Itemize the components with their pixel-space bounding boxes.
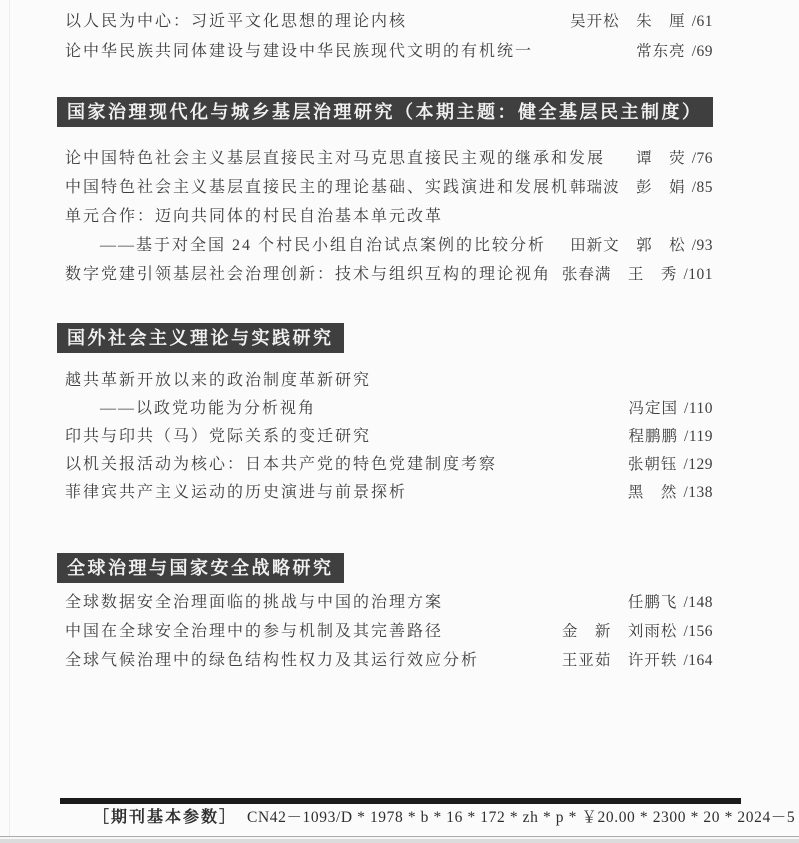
article-authors: 金 新 刘雨松 (562, 617, 678, 646)
article-authors: 任鹏飞 (628, 588, 678, 617)
article-page-number: /61 (692, 7, 713, 37)
toc-entry: 印共与印共（马）党际关系的变迁研究 程鹏鹏 /119 (65, 423, 713, 451)
toc-entry: 全球气候治理中的绿色结构性权力及其运行效应分析 王亚茹 许开轶 /164 (65, 646, 713, 675)
page-edge-line (9, 0, 10, 843)
toc-entry: 越共革新开放以来的政治制度革新研究 (65, 367, 713, 395)
article-page-number: /101 (683, 260, 713, 289)
article-page-number: /69 (692, 37, 713, 67)
article-page-number: /119 (684, 423, 713, 451)
article-title: 论中国特色社会主义基层直接民主对马克思直接民主观的继承和发展 (65, 144, 605, 173)
article-page-number: /129 (683, 451, 713, 479)
article-title: 论中华民族共同体建设与建设中华民族现代文明的有机统一 (65, 37, 533, 67)
article-meta: 张朝钰 /129 (628, 451, 713, 479)
article-meta: 任鹏飞 /148 (628, 588, 713, 617)
article-meta: 常东亮 /69 (636, 37, 713, 67)
article-subtitle: ——以政党功能为分析视角 (65, 395, 316, 423)
article-page-number: /156 (683, 617, 713, 646)
article-page-number: /85 (692, 173, 713, 202)
article-page-number: /110 (684, 395, 713, 423)
article-meta: 谭 荧 /76 (636, 144, 713, 173)
article-subtitle: ——基于对全国 24 个村民小组自治试点案例的比较分析 (65, 231, 546, 260)
article-title: 中国特色社会主义基层直接民主的理论基础、实践演进和发展机理 (65, 173, 570, 202)
article-authors: 田新文 郭 松 (570, 231, 686, 260)
toc-entry: 单元合作：迈向共同体的村民自治基本单元改革 (65, 202, 713, 231)
toc-entry: 菲律宾共产主义运动的历史演进与前景探析 黑 然 /138 (65, 479, 713, 507)
journal-parameters-line: ［期刊基本参数］ CN42－1093/D * 1978 * b * 16 * 1… (93, 807, 741, 829)
article-meta: 黑 然 /138 (628, 479, 713, 507)
article-title: 中国在全球安全治理中的参与机制及其完善路径 (65, 617, 443, 646)
article-authors: 黑 然 (628, 479, 678, 507)
journal-parameters-value: CN42－1093/D * 1978 * b * 16 * 172 * zh *… (247, 807, 795, 829)
section-articles-block: 全球数据安全治理面临的挑战与中国的治理方案 任鹏飞 /148 中国在全球安全治理… (65, 588, 713, 675)
article-title: 全球数据安全治理面临的挑战与中国的治理方案 (65, 588, 443, 617)
section-articles-block: 论中国特色社会主义基层直接民主对马克思直接民主观的继承和发展 谭 荧 /76 中… (65, 144, 713, 289)
top-articles-block: 以人民为中心：习近平文化思想的理论内核 吴开松 朱 厘 /61 论中华民族共同体… (65, 7, 713, 67)
article-authors: 韩瑞波 彭 娟 (570, 173, 686, 202)
toc-entry-subtitle: ——基于对全国 24 个村民小组自治试点案例的比较分析 田新文 郭 松 /93 (65, 231, 713, 260)
article-title: 越共革新开放以来的政治制度革新研究 (65, 367, 371, 395)
article-page-number: /93 (692, 231, 713, 260)
article-title: 以人民为中心：习近平文化思想的理论内核 (65, 7, 407, 37)
article-authors: 冯定国 (629, 395, 679, 423)
article-title: 印共与印共（马）党际关系的变迁研究 (65, 423, 371, 451)
article-title: 数字党建引领基层社会治理创新：技术与组织互构的理论视角 (65, 260, 551, 289)
article-authors: 吴开松 朱 厘 (570, 7, 686, 37)
section-header-governance: 国家治理现代化与城乡基层治理研究（本期主题：健全基层民主制度） (57, 97, 713, 127)
toc-entry: 以机关报活动为核心：日本共产党的特色党建制度考察 张朝钰 /129 (65, 451, 713, 479)
article-meta: 张春满 王 秀 /101 (562, 260, 713, 289)
article-authors: 张朝钰 (628, 451, 678, 479)
article-authors: 程鹏鹏 (629, 423, 679, 451)
article-title: 全球气候治理中的绿色结构性权力及其运行效应分析 (65, 646, 479, 675)
article-meta: 王亚茹 许开轶 /164 (562, 646, 713, 675)
article-authors: 张春满 王 秀 (562, 260, 678, 289)
footer-divider-bar (60, 798, 741, 804)
page-bottom-edge-band (0, 839, 799, 843)
toc-entry: 中国特色社会主义基层直接民主的理论基础、实践演进和发展机理 韩瑞波 彭 娟 /8… (65, 173, 713, 202)
toc-entry: 以人民为中心：习近平文化思想的理论内核 吴开松 朱 厘 /61 (65, 7, 713, 37)
toc-entry-subtitle: ——以政党功能为分析视角 冯定国 /110 (65, 395, 713, 423)
article-meta: 吴开松 朱 厘 /61 (570, 7, 713, 37)
toc-entry: 论中国特色社会主义基层直接民主对马克思直接民主观的继承和发展 谭 荧 /76 (65, 144, 713, 173)
article-meta: 金 新 刘雨松 /156 (562, 617, 713, 646)
article-meta: 程鹏鹏 /119 (629, 423, 714, 451)
article-authors: 谭 荧 (636, 144, 686, 173)
article-page-number: /138 (683, 479, 713, 507)
article-page-number: /76 (692, 144, 713, 173)
toc-entry: 论中华民族共同体建设与建设中华民族现代文明的有机统一 常东亮 /69 (65, 37, 713, 67)
article-page-number: /164 (683, 646, 713, 675)
article-meta: 冯定国 /110 (629, 395, 714, 423)
section-header-global-governance: 全球治理与国家安全战略研究 (57, 553, 344, 583)
article-authors: 常东亮 (636, 37, 686, 67)
article-title: 以机关报活动为核心：日本共产党的特色党建制度考察 (65, 451, 497, 479)
section-header-foreign-socialism: 国外社会主义理论与实践研究 (57, 323, 344, 353)
article-meta: 韩瑞波 彭 娟 /85 (570, 173, 713, 202)
article-title: 菲律宾共产主义运动的历史演进与前景探析 (65, 479, 407, 507)
journal-toc-page: 以人民为中心：习近平文化思想的理论内核 吴开松 朱 厘 /61 论中华民族共同体… (0, 0, 799, 843)
article-authors: 王亚茹 许开轶 (562, 646, 678, 675)
toc-entry: 全球数据安全治理面临的挑战与中国的治理方案 任鹏飞 /148 (65, 588, 713, 617)
toc-entry: 中国在全球安全治理中的参与机制及其完善路径 金 新 刘雨松 /156 (65, 617, 713, 646)
journal-parameters-label: ［期刊基本参数］ (93, 807, 237, 829)
article-title: 单元合作：迈向共同体的村民自治基本单元改革 (65, 202, 443, 231)
article-meta: 田新文 郭 松 /93 (570, 231, 713, 260)
section-articles-block: 越共革新开放以来的政治制度革新研究 ——以政党功能为分析视角 冯定国 /110 … (65, 367, 713, 507)
toc-entry: 数字党建引领基层社会治理创新：技术与组织互构的理论视角 张春满 王 秀 /101 (65, 260, 713, 289)
article-page-number: /148 (683, 588, 713, 617)
